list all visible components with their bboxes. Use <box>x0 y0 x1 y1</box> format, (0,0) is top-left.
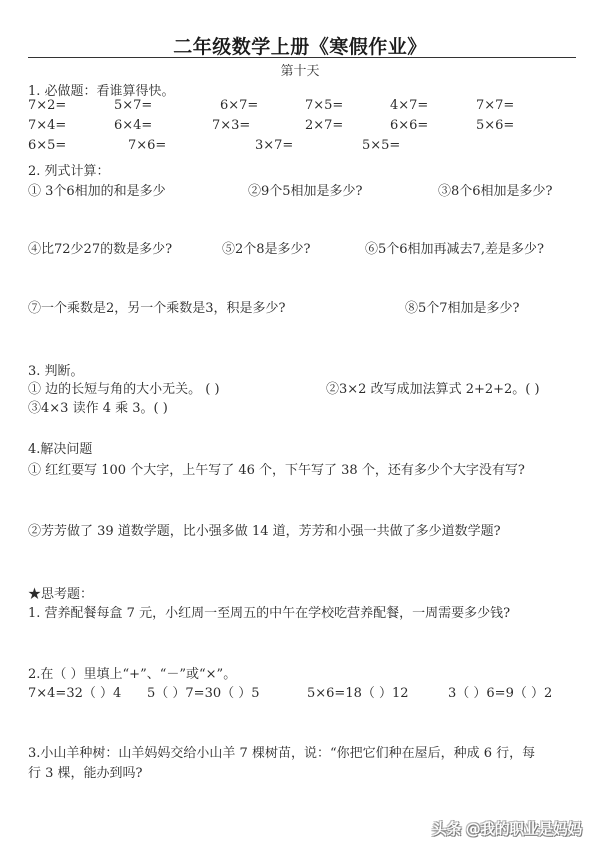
calc-item: 3×7= <box>255 138 293 153</box>
calc-item: 5×5= <box>362 138 400 153</box>
calc-item: 6×4= <box>114 118 152 133</box>
calc-item: 6×7= <box>220 98 258 113</box>
section3-heading: 3. 判断。 <box>28 360 84 379</box>
thinking-question-2-heading: 2.在（ ）里填上“+”、“－”或“×”。 <box>28 663 236 682</box>
page-title: 二年级数学上册《寒假作业》 <box>0 32 600 59</box>
solve-problem: ① 红红要写 100 个大字，上午写了 46 个，下午写了 38 个，还有多少个… <box>28 459 525 478</box>
title-divider <box>28 57 576 58</box>
calc-item: 7×6= <box>128 138 166 153</box>
calc-item: 7×3= <box>212 118 250 133</box>
thinking-question-1: 1. 营养配餐每盒 7 元，小红周一至周五的中午在学校吃营养配餐，一周需要多少钱… <box>28 602 510 621</box>
calc-item: 7×4= <box>28 118 66 133</box>
calc-item: 2×7= <box>305 118 343 133</box>
thinking-heading: ★思考题： <box>28 583 93 602</box>
calc-item: 6×5= <box>28 138 66 153</box>
operator-blank: 3（ ）6=9（ ）2 <box>448 682 552 701</box>
judge-item: ① 边的长短与角的大小无关。 ( ) <box>28 378 220 397</box>
word-problem: ⑤2个8是多少? <box>222 238 311 257</box>
judge-item: ③4×3 读作 4 乘 3。( ) <box>28 397 168 416</box>
calc-item: 7×5= <box>305 98 343 113</box>
word-problem: ⑦一个乘数是2，另一个乘数是3，积是多少? <box>28 297 286 316</box>
operator-blank: 7×4=32（ ）4 <box>28 682 121 701</box>
calc-item: 7×2= <box>28 98 66 113</box>
judge-item: ②3×2 改写成加法算式 2+2+2。( ) <box>326 378 540 397</box>
calc-item: 7×7= <box>476 98 514 113</box>
section1-heading: 1. 必做题：看谁算得快。 <box>28 80 175 99</box>
word-problem: ③8个6相加是多少? <box>438 180 553 199</box>
word-problem: ②9个5相加是多少? <box>248 180 363 199</box>
operator-blank: 5×6=18（ ）12 <box>307 682 409 701</box>
day-subtitle: 第十天 <box>0 60 600 79</box>
section2-heading: 2. 列式计算： <box>28 160 110 179</box>
word-problem: ⑧5个7相加是多少? <box>405 297 520 316</box>
word-problem: ⑥5个6相加再减去7,差是多少? <box>365 238 544 257</box>
section4-heading: 4.解决问题 <box>28 438 92 457</box>
calc-item: 5×6= <box>476 118 514 133</box>
calc-item: 6×6= <box>390 118 428 133</box>
calc-item: 4×7= <box>390 98 428 113</box>
thinking-question-3-cont: 行 3 棵，能办到吗? <box>28 762 143 781</box>
operator-blank: 5（ ）7=30（ ）5 <box>147 682 260 701</box>
watermark: 头条 @我的职业是妈妈 <box>432 818 582 839</box>
solve-problem: ②芳芳做了 39 道数学题，比小强多做 14 道，芳芳和小强一共做了多少道数学题… <box>28 520 501 539</box>
calc-item: 5×7= <box>114 98 152 113</box>
word-problem: ① 3个6相加的和是多少 <box>28 180 166 199</box>
word-problem: ④比72少27的数是多少? <box>28 238 172 257</box>
thinking-question-3: 3.小山羊种树：山羊妈妈交给小山羊 7 棵树苗，说：“你把它们种在屋后，种成 6… <box>28 742 535 761</box>
